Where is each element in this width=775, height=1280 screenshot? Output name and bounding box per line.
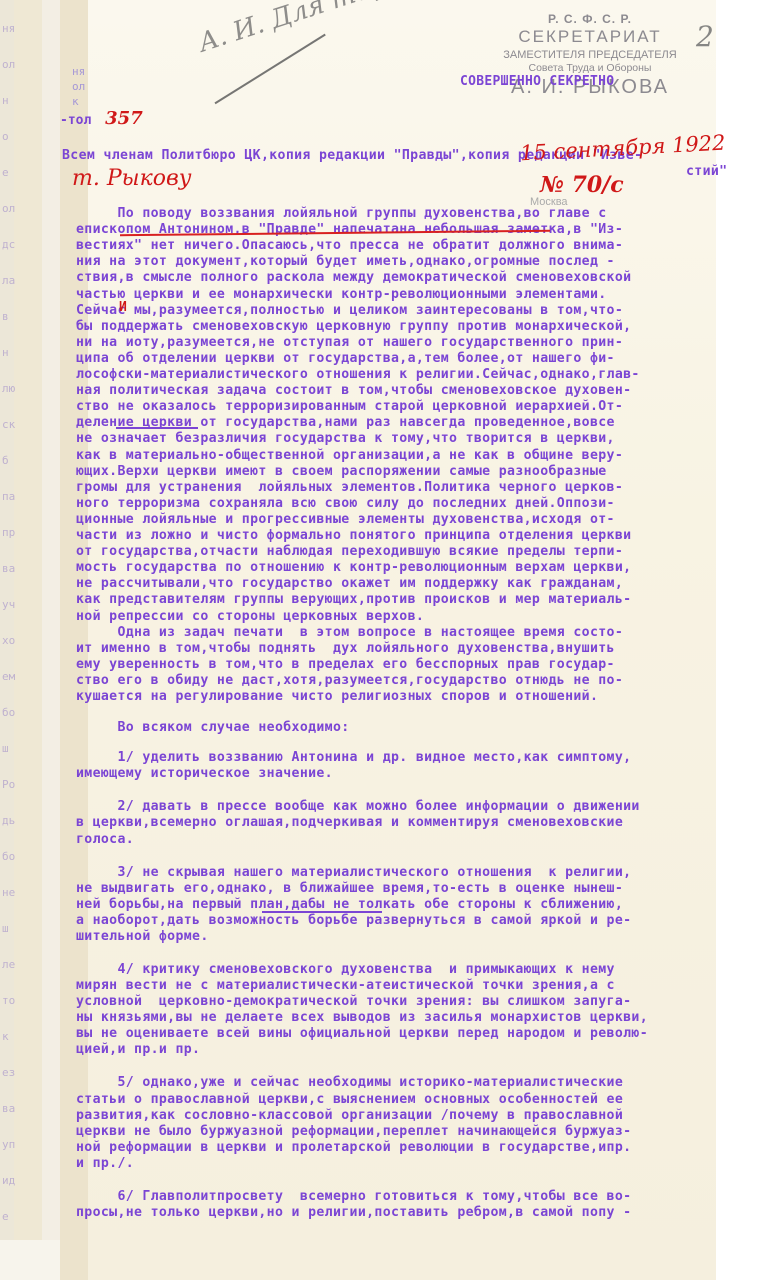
ink-underline — [116, 427, 198, 429]
body-line: ствия,в смысле полного раскола между дем… — [76, 270, 631, 285]
body-line: ного терроризма сохраняла всю свою силу … — [76, 496, 615, 511]
body-line: ство его в обиду не даст,хотя,разумеется… — [76, 673, 623, 688]
body-line: не рассчитывали,что государство окажет и… — [76, 576, 623, 591]
list-item-line: шительной форме. — [76, 929, 209, 944]
list-item-line: имеющему историческое значение. — [76, 766, 333, 781]
list-item-line: церкви не было буржуазной реформации,пер… — [76, 1124, 631, 1139]
body-line: лософски-материалистического отношения к… — [76, 367, 640, 382]
body-line: мость государства по отношению к контр-р… — [76, 560, 631, 575]
red-insert-mark: И — [119, 300, 127, 315]
body-line: ющих.Верхи церкви имеют в своем распоряж… — [76, 464, 607, 479]
list-item-line: развития,как сословно-классовой организа… — [76, 1108, 623, 1123]
list-item-line: 4/ критику сменовеховского духовенства и… — [76, 962, 615, 977]
ink-underline — [262, 911, 382, 913]
margin-fragments: ня ол к — [72, 64, 85, 109]
body-line: как в материально-общественной организац… — [76, 448, 623, 463]
body-line: как представителям группы верующих,проти… — [76, 592, 631, 607]
list-item-line: и пр./. — [76, 1156, 134, 1171]
body-line: ная политическая задача состоит в том,чт… — [76, 383, 631, 398]
list-item-line: в церкви,всемерно оглашая,подчеркивая и … — [76, 815, 623, 830]
list-item-line: 5/ однако,уже и сейчас необходимы истори… — [76, 1075, 623, 1090]
body-line: кушается на регулирование чисто религиоз… — [76, 689, 598, 704]
list-item-line: не выдвигать его,однако, в ближайшее вре… — [76, 881, 623, 896]
handwritten-register: № 70/с — [540, 172, 624, 198]
body-line: не означает безразличия государства к то… — [76, 431, 615, 446]
body-line: ния на этот документ,который будет иметь… — [76, 254, 615, 269]
binding-strip — [42, 0, 61, 1280]
list-item-line: ны князьями,вы не делаете всех выводов и… — [76, 1010, 648, 1025]
body-line: ит именно в том,чтобы поднять дух лойяль… — [76, 641, 615, 656]
page-edge — [716, 0, 775, 1280]
list-item-line: 6/ Главполитпросвету всемерно готовиться… — [76, 1189, 631, 1204]
list-item-line: ней борьбы,на первый план,дабы не толкат… — [76, 897, 623, 912]
body-line: ной репрессии со стороны церковных верхо… — [76, 609, 424, 624]
body-line: части из ложно и чисто формально понятог… — [76, 528, 631, 543]
list-item-line: просы,не только церкви,но и религии,пост… — [76, 1205, 631, 1220]
body-line: ципа об отделении церкви от государства,… — [76, 351, 615, 366]
list-item-line: условной церковно-демократической точки … — [76, 994, 631, 1009]
list-item-line: цией,и пр.и пр. — [76, 1042, 200, 1057]
body-line: бы поддержать сменовеховскую церковную г… — [76, 319, 631, 334]
list-item-line: 3/ не скрывая нашего материалистического… — [76, 865, 631, 880]
body-line: Одна из задач печати в этом вопросе в на… — [76, 625, 623, 640]
body-line: ство не оказалось терроризированным стар… — [76, 399, 623, 414]
body-line: вестиях" нет ничего.Опасаюсь,что пресса … — [76, 238, 623, 253]
handwritten-recipient: т. Рыкову — [72, 166, 192, 191]
body-line: ему уверенность в том,что в пределах его… — [76, 657, 615, 672]
secrecy-label: СОВЕРШЕННО СЕКРЕТНО — [460, 74, 614, 89]
list-item-line: а наоборот,дать возможность борьбе разве… — [76, 913, 631, 928]
list-item-line: мирян вести не с материалистически-атеис… — [76, 978, 615, 993]
list-item-line: вы не оцениваете всей вины официальной ц… — [76, 1026, 648, 1041]
body-line: ционные лойяльные и прогрессивные элемен… — [76, 512, 615, 527]
page-mark: 2 — [696, 20, 714, 53]
list-item-line: 2/ давать в прессе вообще как можно боле… — [76, 799, 640, 814]
body-line: ни на иоту,разумеется,не отступая от наш… — [76, 335, 623, 350]
list-item-line: статьи о православной церкви,с выяснение… — [76, 1092, 623, 1107]
protocol-number: 357 — [105, 108, 143, 129]
section-heading: Во всяком случае необходимо: — [76, 720, 350, 735]
list-item-line: 1/ уделить воззванию Антонина и др. видн… — [76, 750, 631, 765]
binding-strip — [0, 1240, 60, 1280]
list-item-line: ной реформации в церкви и пролетарской р… — [76, 1140, 631, 1155]
list-item-line: голоса. — [76, 832, 134, 847]
protocol-label: -тол 357 — [60, 108, 143, 129]
body-line: от государства,отчасти наблюдая переходи… — [76, 544, 623, 559]
underlying-page-fragment: ня ол н о е ол дс ла в н лю ск б па пр в… — [2, 20, 40, 1260]
body-line: частью церкви и ее монархически контр-ре… — [76, 287, 607, 302]
body-line: громы для устранения лойяльных элементов… — [76, 480, 623, 495]
addressee-line-end: стий" — [686, 164, 727, 179]
body-line: Сейчас мы,разумеется,полностью и целиком… — [76, 303, 623, 318]
body-line: По поводу воззвания лойяльной группы дух… — [76, 206, 607, 221]
